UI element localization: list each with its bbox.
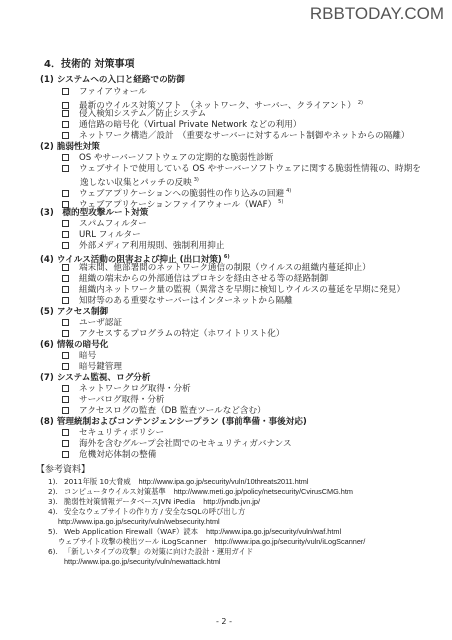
checkbox-icon [62, 451, 69, 458]
list-item: スパムフィルター [62, 219, 147, 230]
reference-link[interactable]: http://www.ipa.go.jp/security/vuln/10thr… [139, 477, 309, 486]
list-item: 暗号 [62, 351, 96, 362]
reference-continuation: http://www.ipa.go.jp/security/vuln/newat… [64, 557, 221, 567]
reference-continuation: http://www.ipa.go.jp/security/vuln/webse… [58, 517, 220, 527]
checkbox-icon [62, 220, 69, 227]
list-item: 外部メディア利用規則、強制利用抑止 [62, 241, 224, 252]
list-item: 組織の端末からの外部通信はプロキシを経由させる等の経路制御 [62, 274, 328, 285]
checkbox-icon [62, 297, 69, 304]
checkbox-icon [62, 88, 69, 95]
reference-link[interactable]: http://www.ipa.go.jp/security/vuln/waf.h… [206, 527, 341, 536]
checkbox-icon [62, 429, 69, 436]
list-item: サーバログ取得・分析 [62, 395, 165, 406]
list-item: 知財等のある重要なサーバーはインターネットから隔離 [62, 296, 293, 307]
list-item: URL フィルター [62, 230, 141, 241]
item-text: 外部メディア利用規則、強制利用抑止 [79, 241, 224, 251]
item-text: ユーザ認証 [79, 318, 122, 328]
item-text: 海外を含むグループ会社間でのセキュリティガバナンス [79, 439, 292, 449]
footnote-ref: 3) [194, 177, 199, 183]
list-item: 危機対応体制の整備 [62, 450, 156, 461]
list-item: ユーザ認証 [62, 318, 122, 329]
reference-link[interactable]: http://www.ipa.go.jp/security/vuln/newat… [64, 557, 221, 566]
item-text: 組織内ネットワーク量の監視（異常さを早期に検知しウイルスの蔓延を早期に発見） [79, 285, 405, 295]
item-text: ネットワークログ取得・分析 [79, 384, 191, 394]
list-item: ウェブサイトで使用している OS やサーバーソフトウェアに関する脆弱性情報の、時… [62, 164, 421, 175]
reference-item: 4).安全なウェブサイトの作り方 / 安全なSQLの呼び出し方 [48, 507, 245, 517]
checkbox-icon [62, 385, 69, 392]
item-text: サーバログ取得・分析 [79, 395, 165, 405]
references-title: 【参考資料】 [36, 462, 90, 475]
list-item: 端末間、他部署間のネットワーク通信の制限（ウイルスの組織内蔓延抑止） [62, 263, 371, 274]
checkbox-icon [62, 363, 69, 370]
checkbox-icon [62, 102, 69, 109]
reference-number: 3). [48, 497, 64, 507]
section-title: (5) アクセス制御 [40, 307, 108, 318]
list-item: セキュリティポリシー [62, 428, 164, 439]
section-title: (1) システムへの入口と経路での防御 [40, 75, 185, 86]
checkbox-icon [62, 286, 69, 293]
list-item: 通信路の暗号化（Virtual Private Network などの利用） [62, 120, 301, 131]
list-item: 海外を含むグループ会社間でのセキュリティガバナンス [62, 439, 292, 450]
item-text: 暗号鍵管理 [79, 362, 122, 372]
list-item: 侵入検知システム／防止システム [62, 109, 206, 120]
item-text: 暗号 [79, 351, 96, 361]
section-title: (7) システム監視、ログ分析 [40, 373, 151, 384]
reference-number: 6). [48, 547, 64, 557]
list-item: 組織内ネットワーク量の監視（異常さを早期に検知しウイルスの蔓延を早期に発見） [62, 285, 405, 296]
item-text: セキュリティポリシー [79, 428, 164, 438]
list-item: アクセスするプログラムの特定（ホワイトリスト化） [62, 329, 284, 340]
checkbox-icon [62, 396, 69, 403]
page-number: - 2 - [216, 617, 232, 626]
section-title: (6) 情報の暗号化 [40, 340, 108, 351]
section-title: (2) 脆弱性対策 [40, 142, 100, 153]
item-text: ウェブサイトで使用している OS やサーバーソフトウェアに関する脆弱性情報の、時… [79, 164, 421, 174]
checkbox-icon [62, 440, 69, 447]
checkbox-icon [62, 264, 69, 271]
section-title: (3) 標的型攻撃ルート対策 [40, 208, 148, 219]
footnote-ref: 6) [224, 254, 230, 260]
footnote-ref: 2) [358, 100, 363, 106]
item-text: 組織の端末からの外部通信はプロキシを経由させる等の経路制御 [79, 274, 328, 284]
reference-text: コンピュータウイルス対策基準 [64, 487, 166, 496]
checkbox-icon [62, 154, 69, 161]
reference-link[interactable]: http://jvndb.jvn.jp/ [203, 497, 260, 506]
list-item: ネットワーク構造／設計 （重要なサーバーに対するルート制御やネットからの隔離） [62, 131, 409, 142]
item-text: スパムフィルター [79, 219, 147, 229]
checkbox-icon [62, 110, 69, 117]
reference-item: 3).脆弱性対策情報データベースJVN iPediahttp://jvndb.j… [48, 497, 260, 507]
reference-item: 5).Web Application Firewall（WAF）読本http:/… [48, 527, 341, 537]
checkbox-icon [62, 275, 69, 282]
checkbox-icon [62, 190, 69, 197]
list-item: ファイアウォール [62, 87, 147, 98]
reference-item: 1).2011年版 10大脅威http://www.ipa.go.jp/secu… [48, 477, 308, 487]
reference-continuation: ウェブサイト攻撃の検出ツール iLogScannerhttp://www.ipa… [58, 537, 365, 547]
reference-link[interactable]: http://www.meti.go.jp/policy/netsecurity… [174, 487, 353, 496]
reference-text: 「新しいタイプの攻撃」の対策に向けた設計・運用ガイド [64, 547, 253, 556]
checkbox-icon [62, 121, 69, 128]
reference-number: 4). [48, 507, 64, 517]
watermark: RBBTODAY.COM [310, 4, 444, 24]
checkbox-icon [62, 201, 69, 208]
checkbox-icon [62, 407, 69, 414]
reference-link[interactable]: http://www.ipa.go.jp/security/vuln/webse… [58, 517, 220, 526]
reference-text: 脆弱性対策情報データベースJVN iPedia [64, 497, 195, 506]
reference-number: 5). [48, 527, 64, 537]
reference-link[interactable]: http://www.ipa.go.jp/security/vuln/iLogS… [214, 537, 365, 546]
reference-text: ウェブサイト攻撃の検出ツール iLogScanner [58, 537, 206, 546]
item-text: アクセスログの監査（DB 監査ツールなど含む） [79, 406, 266, 416]
footnote-ref: 5) [278, 199, 283, 205]
checkbox-icon [62, 242, 69, 249]
reference-item: 6).「新しいタイプの攻撃」の対策に向けた設計・運用ガイド [48, 547, 253, 557]
reference-text: 2011年版 10大脅威 [64, 477, 131, 486]
item-text: 知財等のある重要なサーバーはインターネットから隔離 [79, 296, 293, 306]
checkbox-icon [62, 330, 69, 337]
item-text: 端末間、他部署間のネットワーク通信の制限（ウイルスの組織内蔓延抑止） [79, 263, 371, 273]
list-item: OS やサーバーソフトウェアの定期的な脆弱性診断 [62, 153, 273, 164]
item-text: OS やサーバーソフトウェアの定期的な脆弱性診断 [79, 153, 273, 163]
item-text: 危機対応体制の整備 [79, 450, 156, 460]
reference-number: 1). [48, 477, 64, 487]
item-text: ネットワーク構造／設計 （重要なサーバーに対するルート制御やネットからの隔離） [79, 131, 409, 141]
list-item: アクセスログの監査（DB 監査ツールなど含む） [62, 406, 266, 417]
reference-text: Web Application Firewall（WAF）読本 [64, 527, 198, 536]
reference-number: 2). [48, 487, 64, 497]
checkbox-icon [62, 132, 69, 139]
checkbox-icon [62, 319, 69, 326]
list-item: 暗号鍵管理 [62, 362, 122, 373]
item-text: アクセスするプログラムの特定（ホワイトリスト化） [79, 329, 284, 339]
item-text: 通信路の暗号化（Virtual Private Network などの利用） [79, 120, 301, 130]
reference-text: 安全なウェブサイトの作り方 / 安全なSQLの呼び出し方 [64, 507, 245, 516]
checkbox-icon [62, 231, 69, 238]
section-title: (8) 管理統制およびコンテンジェンシープラン (事前準備・事後対応) [40, 417, 307, 428]
item-text: URL フィルター [79, 230, 141, 240]
item-text: 侵入検知システム／防止システム [79, 109, 206, 119]
reference-item: 2).コンピュータウイルス対策基準http://www.meti.go.jp/p… [48, 487, 353, 497]
page-heading: 4．技術的 対策事項 [44, 55, 134, 70]
item-text: ファイアウォール [79, 87, 147, 97]
checkbox-icon [62, 165, 69, 172]
checkbox-icon [62, 352, 69, 359]
footnote-ref: 4) [286, 188, 291, 194]
list-item: ネットワークログ取得・分析 [62, 384, 191, 395]
